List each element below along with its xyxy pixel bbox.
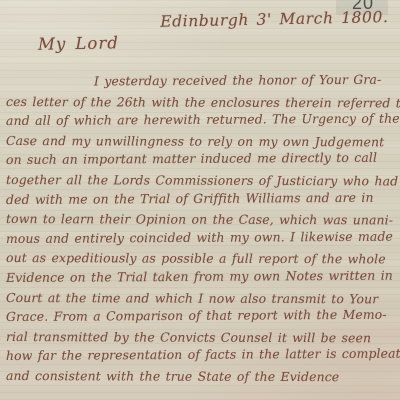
manuscript-line: Grace. From a Comparison of that report …: [6, 305, 397, 327]
manuscript-line: and all of which are herewith returned. …: [6, 109, 397, 131]
manuscript-line: on such an important matter induced me d…: [6, 148, 397, 170]
letter-dateline: Edinburgh 3' March 1800.: [160, 8, 389, 31]
manuscript-line: Evidence on the Trial taken from my own …: [6, 266, 397, 288]
manuscript-line: I yesterday received the honor of Your G…: [6, 70, 397, 92]
letter-page: 20 Edinburgh 3' March 1800. My Lord I ye…: [0, 0, 400, 400]
manuscript-line: and consistent with the true State of th…: [6, 366, 397, 387]
manuscript-line: mous and entirely coincided with my own.…: [6, 226, 397, 248]
letter-salutation: My Lord: [38, 33, 119, 53]
manuscript-line: ded with me on the Trial of Griffith Wil…: [6, 187, 397, 209]
letter-body: I yesterday received the honor of Your G…: [6, 72, 397, 386]
manuscript-line: how far the representation of facts in t…: [6, 344, 397, 366]
